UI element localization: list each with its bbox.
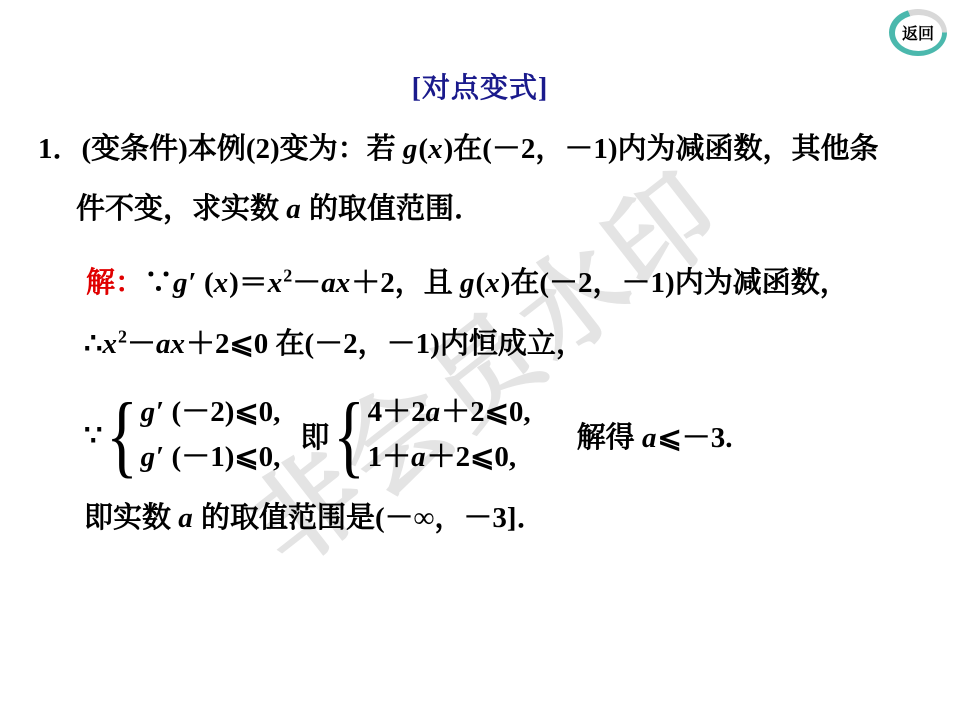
left-brace-1: { [107, 389, 139, 481]
return-button-inner: 返回 [895, 15, 942, 51]
ji-label: 即 [300, 415, 329, 456]
solution-line-2: ∴x2－ax＋2⩽0 在(－2，－1)内恒成立， [84, 326, 585, 363]
case2-row1: 4＋2a＋2⩽0, [368, 390, 531, 435]
left-brace-2: { [334, 389, 366, 481]
cases-group-2: 4＋2a＋2⩽0, 1＋a＋2⩽0, [368, 390, 531, 480]
case1-row2: g′ (－1)⩽0, [141, 435, 281, 480]
case1-row1: g′ (－2)⩽0, [141, 390, 281, 435]
return-button-label: 返回 [902, 21, 934, 44]
slide: 非会员水印 返回 [对点变式] 1．(变条件)本例(2)变为：若 g(x)在(－… [0, 0, 960, 720]
solution-cases-row: ∵ { g′ (－2)⩽0, g′ (－1)⩽0, 即 { 4＋2a＋2⩽0, … [84, 385, 733, 485]
solution-line-1: 解：∵g′ (x)＝x2－ax＋2，且 g(x)在(－2，－1)内为减函数， [86, 265, 849, 302]
case2-row2: 1＋a＋2⩽0, [368, 435, 531, 480]
problem-line-1: 1．(变条件)本例(2)变为：若 g(x)在(－2，－1)内为减函数，其他条 [38, 131, 879, 168]
solve-result: 解得 a⩽－3. [577, 415, 733, 456]
return-button[interactable]: 返回 [889, 9, 947, 56]
because-symbol: ∵ [84, 418, 102, 453]
solution-final-line: 即实数 a 的取值范围是(－∞，－3]． [84, 500, 546, 537]
cases-group-1: g′ (－2)⩽0, g′ (－1)⩽0, [141, 390, 281, 480]
page-title: [对点变式] [0, 66, 960, 106]
problem-line-2: 件不变，求实数 a 的取值范围． [76, 191, 483, 228]
